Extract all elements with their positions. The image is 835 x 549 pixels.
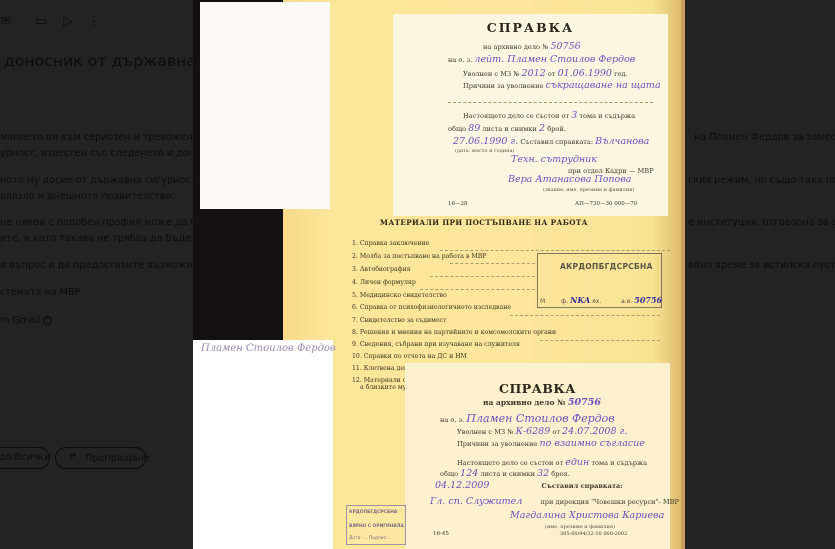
- body-line: и въпрос и да предоставите възможност з: [0, 258, 218, 274]
- material-item: 2. Молба за постъпване на работа в МВР: [352, 253, 486, 260]
- forward-icon: ↱: [68, 451, 77, 464]
- os-label: на о. з.: [448, 56, 472, 64]
- reply-all-button[interactable]: до Всички: [0, 447, 50, 469]
- os-label: на о. з.: [440, 416, 464, 424]
- photos-count: 2: [539, 123, 545, 134]
- print-code: 385-60/94/32-10 000-2002: [560, 531, 627, 537]
- material-item: 1. Справка заключение: [352, 240, 429, 247]
- compiler-position: Гл. сп. Служител: [430, 496, 522, 507]
- more-options-icon[interactable]: ⋮: [86, 14, 102, 30]
- label-icon[interactable]: ▷: [60, 14, 76, 30]
- material-item: а близките му: [360, 384, 406, 391]
- card2-title: СПРАВКА: [405, 381, 670, 396]
- volumes-label: Настоящето дело се състои от: [457, 459, 563, 467]
- archive-number: 50756: [550, 41, 580, 52]
- date-caption: (дата, място и година): [455, 148, 514, 154]
- certified-copy-stamp: КРДОПБГДСРСБНА ВЯРНО С ОРИГИНАЛА Дата: .…: [346, 505, 406, 545]
- certificate-card-1990: СПРАВКА на архивно дело № 50756 на о. з.…: [393, 14, 668, 216]
- archive-stamp-title: АКРДОПБГДСРСБНА: [560, 262, 653, 271]
- dismissal-reason: по взаимно съгласие: [539, 438, 644, 449]
- compiler-position: Техн. сътрудник: [511, 154, 597, 165]
- material-item: 5. Медицинско свидетелство: [352, 292, 447, 299]
- body-line: влязло и днешното правителство.: [0, 189, 174, 205]
- officer-name: лейт. Пламен Стоилов Фердов: [474, 54, 635, 65]
- sender-via: m Gmaili: [0, 315, 52, 326]
- stamp-fond-value: NKA: [570, 295, 590, 305]
- stamp2-line1: КРДОПБГДСРСБНА: [349, 510, 397, 515]
- card1-title: СПРАВКА: [393, 20, 668, 35]
- compiler-full-name: Вера Атанасова Попова: [508, 174, 631, 185]
- compiler-signature: Вълчанова: [595, 136, 649, 147]
- dismissal-order-number: 2012: [522, 68, 546, 79]
- date-label: от: [552, 428, 560, 436]
- compiler-full-name: Магдалина Христова Кариева: [510, 510, 664, 521]
- year-label: год.: [614, 70, 628, 78]
- folder-edge: [681, 0, 685, 549]
- print-code: АП—730—30 000—70: [575, 201, 637, 207]
- material-item: 8. Решения и мнения на партийните и комс…: [352, 329, 556, 336]
- volumes-suffix: тома и съдържа: [591, 459, 647, 467]
- sheets-label: листа и снимки: [482, 125, 537, 133]
- reason-label: Причини за уволнение: [457, 440, 537, 448]
- body-line: на Пламен Фердов за заместни: [694, 130, 835, 146]
- volumes-label: Настоящето дело се състои от: [463, 112, 569, 120]
- officer-name: Пламен Стоилов Фердов: [466, 412, 614, 425]
- dismissed-label: Уволнен с МЗ №: [463, 70, 519, 78]
- material-item: 10. Справки по отчета на ДС и НМ: [352, 353, 467, 360]
- body-line: не някой с подобен профил може да бъде: [0, 215, 216, 231]
- dismissed-label: Уволнен с МЗ №: [457, 428, 513, 436]
- mark-unread-icon[interactable]: ✉: [0, 14, 14, 30]
- body-line: ите, и като такава не трябва да бъде изл…: [0, 231, 222, 247]
- sheet-handwritten-note: Пламен Стоилов Фердов: [201, 343, 336, 355]
- volumes-count: 3: [571, 110, 577, 121]
- material-item: 7. Свидетелство за съдимост: [352, 317, 447, 324]
- photos-count: 32: [537, 468, 549, 479]
- sender-via-text: m Gmail: [0, 315, 40, 326]
- stamp-ae-label: а.е.: [621, 298, 632, 305]
- body-line: ното му досие от държавна сигурност, ко: [0, 173, 214, 189]
- material-item: 9. Сведения, събрани при изучаване на сл…: [352, 341, 520, 348]
- body-line: ския режим, но също така подк: [688, 173, 835, 189]
- certificate-card-2009: СПРАВКА на архивно дело № 50756 на о. з.…: [405, 363, 670, 549]
- forward-label: Препращане: [85, 453, 150, 464]
- material-item: 3. Автобиография: [352, 266, 411, 273]
- full-name-caption: (звание, име, презиме и фамилия): [543, 187, 634, 193]
- info-icon[interactable]: i: [43, 316, 52, 325]
- volumes-suffix: тома и съдържа: [579, 112, 635, 120]
- forward-button[interactable]: ↱Препращане: [55, 447, 146, 469]
- sheets-prefix: общо: [440, 470, 458, 478]
- material-item: 4. Личен формуляр: [352, 279, 416, 286]
- compiler-label: Съставил справката:: [520, 138, 593, 146]
- compiler-label: Съставил справката:: [542, 482, 623, 490]
- photos-suffix: броя.: [551, 470, 569, 478]
- body-line: стемата на МВР: [0, 285, 80, 301]
- form-number: 16-45: [433, 531, 449, 537]
- stamp-fond-label: ф.: [561, 298, 568, 305]
- sheets-count: 89: [468, 123, 480, 134]
- sheets-label: листа и снимки: [480, 470, 535, 478]
- stamp-prefix: М: [540, 298, 545, 305]
- photos-suffix: брой.: [547, 125, 566, 133]
- body-line: е институция, отговорна за зак: [688, 215, 835, 231]
- material-item: 6. Справка от психофизиологичното изслед…: [352, 304, 511, 311]
- body-line: манието ви към сериозен и тревожен във: [0, 130, 214, 146]
- archive-stamp-fields: М ф. NKA ях. а.е. 50756: [540, 295, 662, 305]
- archive-label: на архивно дело №: [483, 398, 565, 407]
- department: при дирекция "Човешки ресурси"- МВР: [540, 498, 679, 506]
- form-number: 16—28: [448, 201, 468, 207]
- move-to-folder-icon[interactable]: ▭: [33, 14, 49, 30]
- date-label: от: [548, 70, 556, 78]
- materials-title: МАТЕРИАЛИ ПРИ ПОСТЪПВАНЕ НА РАБОТА: [380, 218, 588, 227]
- archive-label: на архивно дело №: [483, 43, 548, 51]
- body-line: урност, известен със следенето и доносни: [0, 146, 218, 162]
- sheets-prefix: общо: [448, 125, 466, 133]
- sheets-count: 124: [460, 468, 478, 479]
- dismissal-date: 01.06.1990: [558, 68, 612, 79]
- dismissal-reason: съкращаване на щата: [545, 80, 660, 91]
- stamp2-line2: ВЯРНО С ОРИГИНАЛА: [349, 524, 404, 529]
- body-line: айно време за истинска лустра: [688, 258, 835, 274]
- blank-sheet-bottom: [193, 340, 333, 549]
- stamp-ae-value: 50756: [634, 295, 662, 305]
- volumes-count: един: [565, 457, 589, 468]
- reply-all-label: до Всички: [0, 452, 50, 463]
- archive-number: 50756: [568, 397, 601, 408]
- dismissal-order-number: К-6289: [516, 426, 551, 437]
- stamp-unit: ях.: [592, 298, 601, 305]
- compiled-date: 27.06.1990 г.: [453, 136, 518, 147]
- blank-sheet-top: [200, 2, 330, 209]
- dismissal-date: 24.07.2008 г.: [562, 426, 627, 437]
- reason-label: Причини за уволнение: [463, 82, 543, 90]
- stamp2-line3: Дата: ... Подпис: ...: [349, 536, 393, 541]
- full-name-caption: (име, презиме и фамилия): [545, 524, 615, 530]
- compiled-date: 04.12.2009: [435, 480, 489, 491]
- material-item: 12. Материали о: [352, 377, 406, 384]
